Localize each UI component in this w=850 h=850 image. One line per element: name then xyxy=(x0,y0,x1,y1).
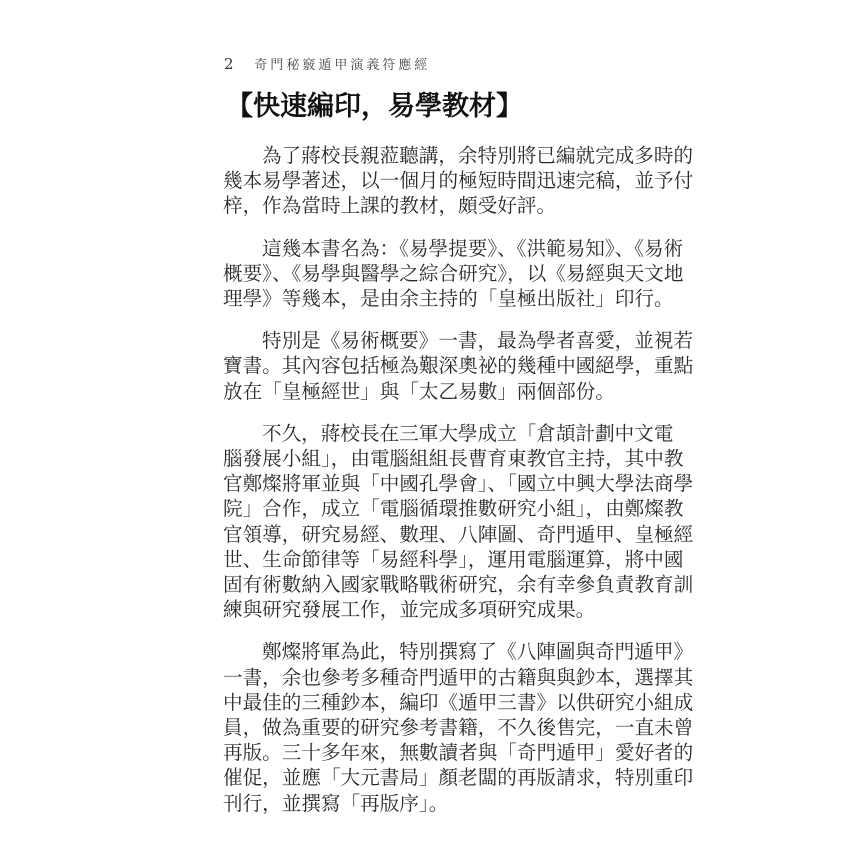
paragraph-line: 不久，蔣校長在三軍大學成立「倉頡計劃中文電 xyxy=(223,421,631,446)
book-title: 奇門秘竅遁甲演義符應經 xyxy=(254,58,430,73)
paragraph-line: 放在「皇極經世」與「太乙易數」兩個部份。 xyxy=(223,379,631,404)
paragraph-line: 院」合作，成立「電腦循環推數研究小組」，由鄭燦教 xyxy=(223,496,631,521)
paragraph-line: 官鄭燦將軍並與「中國孔學會」、「國立中興大學法商學 xyxy=(223,471,631,496)
paragraph-line: 幾本易學著述，以一個月的極短時間迅速完稿，並予付 xyxy=(223,168,631,193)
paragraph-line: 理學》等幾本，是由余主持的「皇極出版社」印行。 xyxy=(223,286,631,311)
paragraph-1: 為了蔣校長親蒞聽講，余特別將已編就完成多時的 幾本易學著述，以一個月的極短時間迅… xyxy=(223,143,631,219)
section-title: 【快速編印，易學教材】 xyxy=(226,84,523,123)
paragraph-line: 這幾本書名為：《易學提要》、《洪範易知》、《易術 xyxy=(223,236,631,261)
paragraph-line: 概要》、《易學與醫學之綜合研究》，以《易經與天文地 xyxy=(223,261,631,286)
paragraph-line: 官領導，研究易經、數理、八陣圖、奇門遁甲、皇極經 xyxy=(223,522,631,547)
paragraph-3: 特別是《易術概要》一書，最為學者喜愛，並視若 寶書。其內容包括極為艱深奧祕的幾種… xyxy=(223,328,631,404)
paragraph-line: 固有術數納入國家戰略戰術研究，余有幸參負責教育訓 xyxy=(223,572,631,597)
paragraph-line: 腦發展小組」，由電腦組組長曹育東教官主持，其中教 xyxy=(223,446,631,471)
page-number: 2 xyxy=(224,55,235,73)
paragraph-line: 鄭燦將軍為此，特別撰寫了《八陣圖與奇門遁甲》 xyxy=(223,639,631,664)
paragraph-4: 不久，蔣校長在三軍大學成立「倉頡計劃中文電 腦發展小組」，由電腦組組長曹育東教官… xyxy=(223,421,631,623)
paragraph-line: 世、生命節律等「易經科學」，運用電腦運算，將中國 xyxy=(223,547,631,572)
paragraph-line: 練與研究發展工作，並完成多項研究成果。 xyxy=(223,597,631,622)
paragraph-line: 為了蔣校長親蒞聽講，余特別將已編就完成多時的 xyxy=(223,143,631,168)
paragraph-line: 中最佳的三種鈔本，編印《遁甲三書》以供研究小組成 xyxy=(223,690,631,715)
paragraph-line: 一書，余也參考多種奇門遁甲的古籍與與鈔本，選擇其 xyxy=(223,665,631,690)
paragraph-line: 梓，作為當時上課的教材，頗受好評。 xyxy=(223,193,631,218)
paragraph-5: 鄭燦將軍為此，特別撰寫了《八陣圖與奇門遁甲》 一書，余也參考多種奇門遁甲的古籍與… xyxy=(223,639,631,815)
paragraph-line: 寶書。其內容包括極為艱深奧祕的幾種中國絕學，重點 xyxy=(223,353,631,378)
paragraph-line: 刊行，並撰寫「再版序」。 xyxy=(223,791,631,816)
paragraph-line: 催促，並應「大元書局」顏老闆的再版請求，特別重印 xyxy=(223,765,631,790)
running-header: 2 奇門秘竅遁甲演義符應經 xyxy=(224,54,430,73)
body-text: 為了蔣校長親蒞聽講，余特別將已編就完成多時的 幾本易學著述，以一個月的極短時間迅… xyxy=(223,143,631,833)
book-page: 2 奇門秘竅遁甲演義符應經 【快速編印，易學教材】 為了蔣校長親蒞聽講，余特別將… xyxy=(0,0,850,850)
paragraph-line: 員，做為重要的研究參考書籍，不久後售完，一直未曾 xyxy=(223,715,631,740)
paragraph-line: 再版。三十多年來，無數讀者與「奇門遁甲」愛好者的 xyxy=(223,740,631,765)
paragraph-2: 這幾本書名為：《易學提要》、《洪範易知》、《易術 概要》、《易學與醫學之綜合研究… xyxy=(223,236,631,312)
paragraph-line: 特別是《易術概要》一書，最為學者喜愛，並視若 xyxy=(223,328,631,353)
